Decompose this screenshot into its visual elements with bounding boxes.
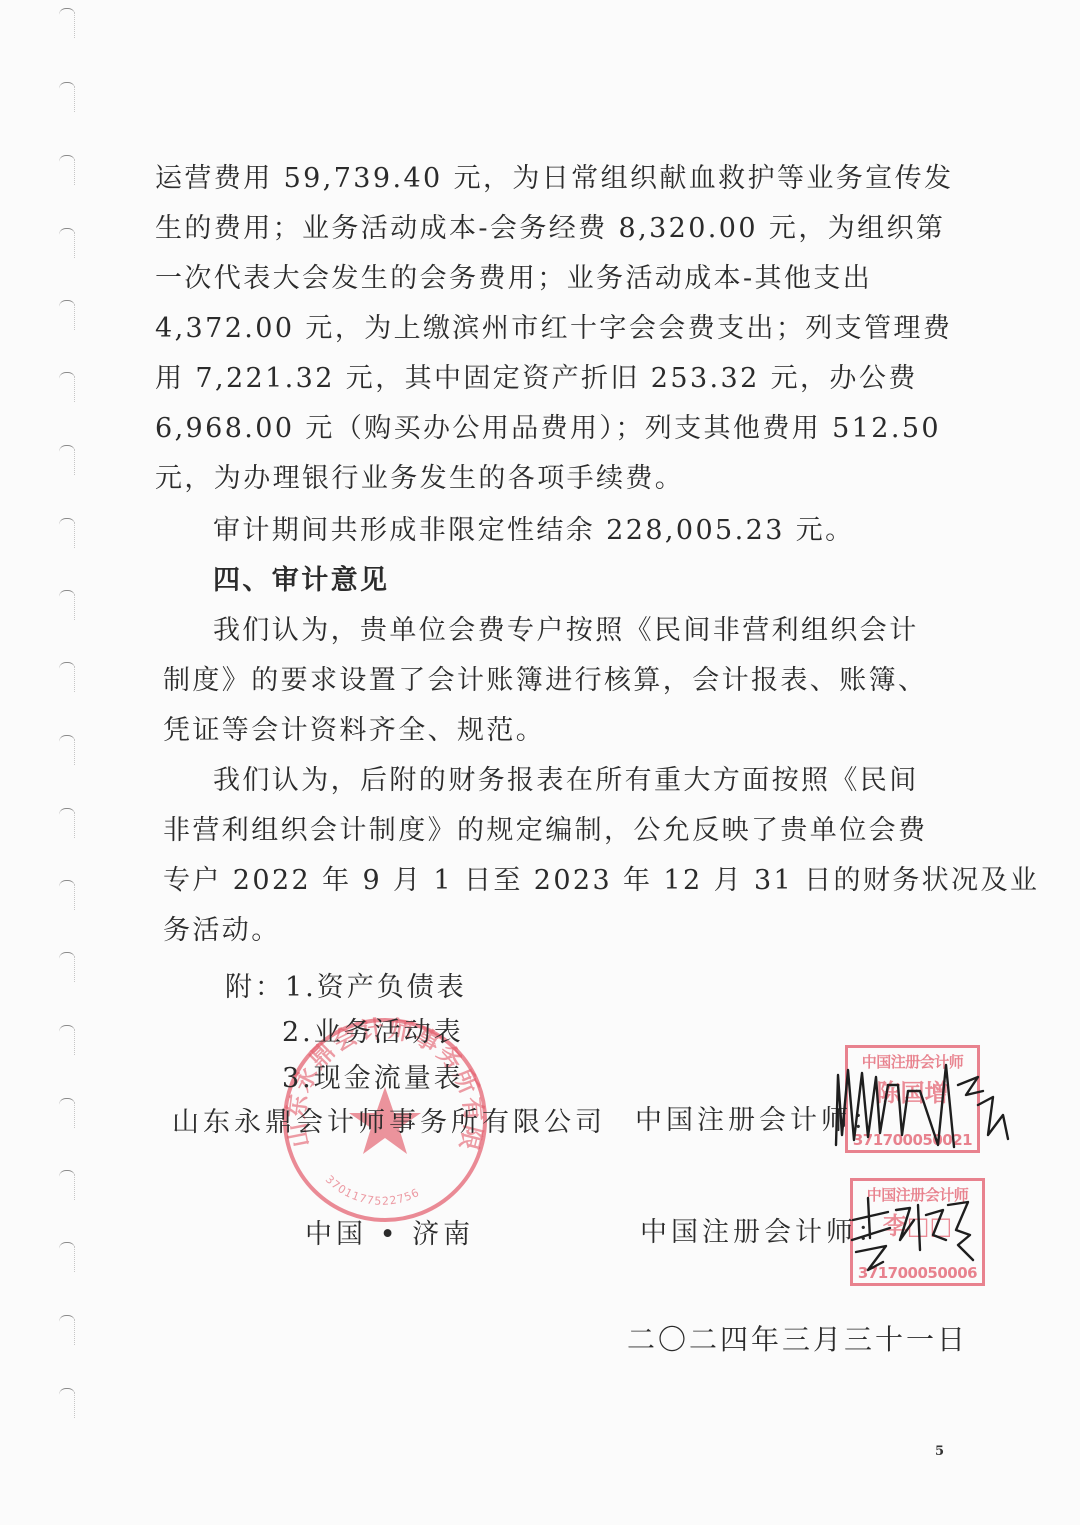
binding-hole-icon [59, 228, 75, 258]
binding-holes [55, 0, 85, 1525]
binding-hole-icon [59, 735, 75, 765]
opinion-2-line: 非营利组织会计制度》的规定编制，公允反映了贵单位会费 [163, 814, 927, 848]
body-line: 一次代表大会发生的会务费用；业务活动成本-其他支出 [155, 262, 872, 296]
body-line: 用 7,221.32 元，其中固定资产折旧 253.32 元，办公费 [155, 362, 918, 396]
body-line: 6,968.00 元（购买办公用品费用）；列支其他费用 512.50 [155, 412, 941, 446]
cpa-label-1: 中国注册会计师： [635, 1098, 883, 1137]
svg-text:3701177522756: 3701177522756 [323, 1173, 422, 1208]
document-page: 运营费用 59,739.40 元，为日常组织献血救护等业务宣传发 生的费用；业务… [0, 0, 1080, 1525]
report-date: 二〇二四年三月三十一日 [627, 1318, 968, 1358]
opinion-1-line: 我们认为，贵单位会费专户按照《民间非营利组织会计 [213, 614, 919, 648]
attachment-item: 3.现金流量表 [282, 1056, 464, 1095]
cpa-label-2: 中国注册会计师： [640, 1210, 888, 1249]
binding-hole-icon [59, 590, 75, 620]
binding-hole-icon [59, 1315, 75, 1345]
section-heading-audit-opinion: 四、审计意见 [213, 564, 389, 598]
binding-hole-icon [59, 82, 75, 112]
opinion-1-line: 制度》的要求设置了会计账簿进行核算，会计报表、账簿、 [163, 664, 927, 698]
binding-hole-icon [59, 155, 75, 185]
body-line: 生的费用；业务活动成本-会务经费 8,320.00 元，为组织第 [155, 212, 945, 246]
binding-hole-icon [59, 1388, 75, 1418]
firm-location: 中国 • 济南 [305, 1212, 474, 1251]
binding-hole-icon [59, 952, 75, 982]
binding-hole-icon [59, 1098, 75, 1128]
page-number: 5 [935, 1444, 944, 1459]
binding-hole-icon [59, 300, 75, 330]
binding-hole-icon [59, 8, 75, 38]
binding-hole-icon [59, 518, 75, 548]
attachment-prefix: 附： [225, 972, 285, 1003]
body-line: 元，为办理银行业务发生的各项手续费。 [155, 462, 684, 496]
opinion-2-line: 务活动。 [163, 914, 281, 948]
binding-hole-icon [59, 1025, 75, 1055]
binding-hole-icon [59, 445, 75, 475]
binding-hole-icon [59, 372, 75, 402]
opinion-1-line: 凭证等会计资料齐全、规范。 [163, 714, 545, 748]
body-line: 4,372.00 元，为上缴滨州市红十字会会费支出；列支管理费 [155, 312, 952, 346]
opinion-2-line: 我们认为，后附的财务报表在所有重大方面按照《民间 [213, 764, 919, 798]
binding-hole-icon [59, 808, 75, 838]
body-line: 运营费用 59,739.40 元，为日常组织献血救护等业务宣传发 [155, 162, 953, 196]
opinion-2-line: 专户 2022 年 9 月 1 日至 2023 年 12 月 31 日的财务状况… [163, 864, 1039, 898]
binding-hole-icon [59, 662, 75, 692]
firm-name: 山东永鼎会计师事务所有限公司 [172, 1100, 606, 1139]
attachment-label: 1.资产负债表 [285, 972, 467, 1003]
binding-hole-icon [59, 1242, 75, 1272]
attachment-item: 附：1.资产负债表 [225, 965, 467, 1004]
binding-hole-icon [59, 880, 75, 910]
binding-hole-icon [59, 1170, 75, 1200]
surplus-summary: 审计期间共形成非限定性结余 228,005.23 元。 [213, 514, 855, 548]
attachment-item: 2.业务活动表 [282, 1010, 464, 1049]
